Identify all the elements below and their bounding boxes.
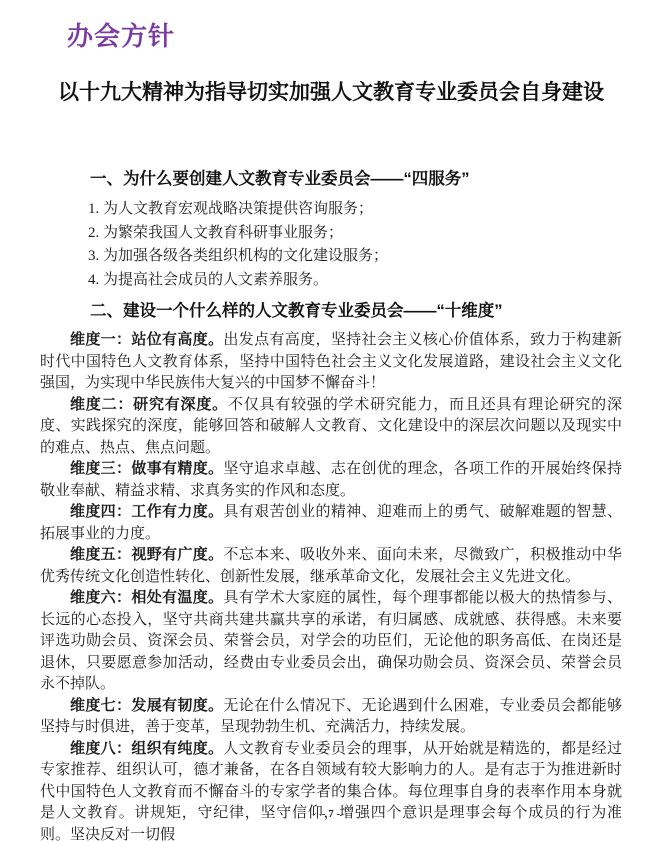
- paragraph-lead: 维度一：站位有高度。: [70, 332, 223, 348]
- document-body: 一、为什么要创建人文教育专业委员会——“四服务” 1. 为人文教育宏观战略决策提…: [40, 168, 622, 841]
- paragraph-lead: 维度五：视野有广度。: [70, 547, 223, 563]
- paragraph-lead: 维度二：研究有深度。: [70, 397, 228, 413]
- service-list: 1. 为人文教育宏观战略决策提供咨询服务； 2. 为繁荣我国人文教育科研事业服务…: [40, 198, 622, 292]
- paragraph-dimension-7: 维度七：发展有韧度。无论在什么情况下、无论遇到什么困难，专业委员会都能够坚持与时…: [40, 696, 622, 739]
- paragraph-dimension-5: 维度五：视野有广度。不忘本来、吸收外来、面向未来，尽微致广，积极推动中华优秀传统…: [40, 545, 622, 588]
- document-title: 以十九大精神为指导切实加强人文教育专业委员会自身建设: [0, 76, 662, 106]
- dimension-paragraphs: 维度一：站位有高度。出发点有高度，坚持社会主义核心价值体系，致力于构建新时代中国…: [40, 330, 622, 841]
- paragraph-dimension-6: 维度六：相处有温度。具有学术大家庭的属性，每个理事都能以极大的热情参与、长远的心…: [40, 588, 622, 696]
- paragraph-dimension-3: 维度三：做事有精度。坚守追求卓越、志在创优的理念，各项工作的开展始终保持敬业奉献…: [40, 459, 622, 502]
- paragraph-lead: 维度七：发展有韧度。: [70, 698, 223, 714]
- page-number: - 7 -: [0, 808, 662, 820]
- paragraph-dimension-1: 维度一：站位有高度。出发点有高度，坚持社会主义核心价值体系，致力于构建新时代中国…: [40, 330, 622, 395]
- list-item: 1. 为人文教育宏观战略决策提供咨询服务；: [88, 198, 622, 222]
- category-title: 办会方针: [67, 16, 175, 53]
- list-item: 3. 为加强各级各类组织机构的文化建设服务；: [88, 245, 622, 269]
- section-heading-ten-dimensions: 二、建设一个什么样的人文教育专业委员会——“十维度”: [90, 300, 622, 322]
- section-heading-four-services: 一、为什么要创建人文教育专业委员会——“四服务”: [90, 168, 622, 190]
- paragraph-lead: 维度三：做事有精度。: [70, 461, 223, 477]
- paragraph-dimension-8: 维度八：组织有纯度。人文教育专业委员会的理事，从开始就是精选的，都是经过专家推荐…: [40, 739, 622, 841]
- paragraph-lead: 维度四：工作有力度。: [70, 504, 223, 520]
- paragraph-dimension-2: 维度二：研究有深度。不仅具有较强的学术研究能力，而且还具有理论研究的深度、实践探…: [40, 395, 622, 460]
- paragraph-lead: 维度八：组织有纯度。: [70, 741, 223, 757]
- paragraph-dimension-4: 维度四：工作有力度。具有艰苦创业的精神、迎难而上的勇气、破解难题的智慧、拓展事业…: [40, 502, 622, 545]
- paragraph-lead: 维度六：相处有温度。: [70, 590, 223, 606]
- list-item: 4. 为提高社会成员的人文素养服务。: [88, 269, 622, 293]
- list-item: 2. 为繁荣我国人文教育科研事业服务；: [88, 222, 622, 246]
